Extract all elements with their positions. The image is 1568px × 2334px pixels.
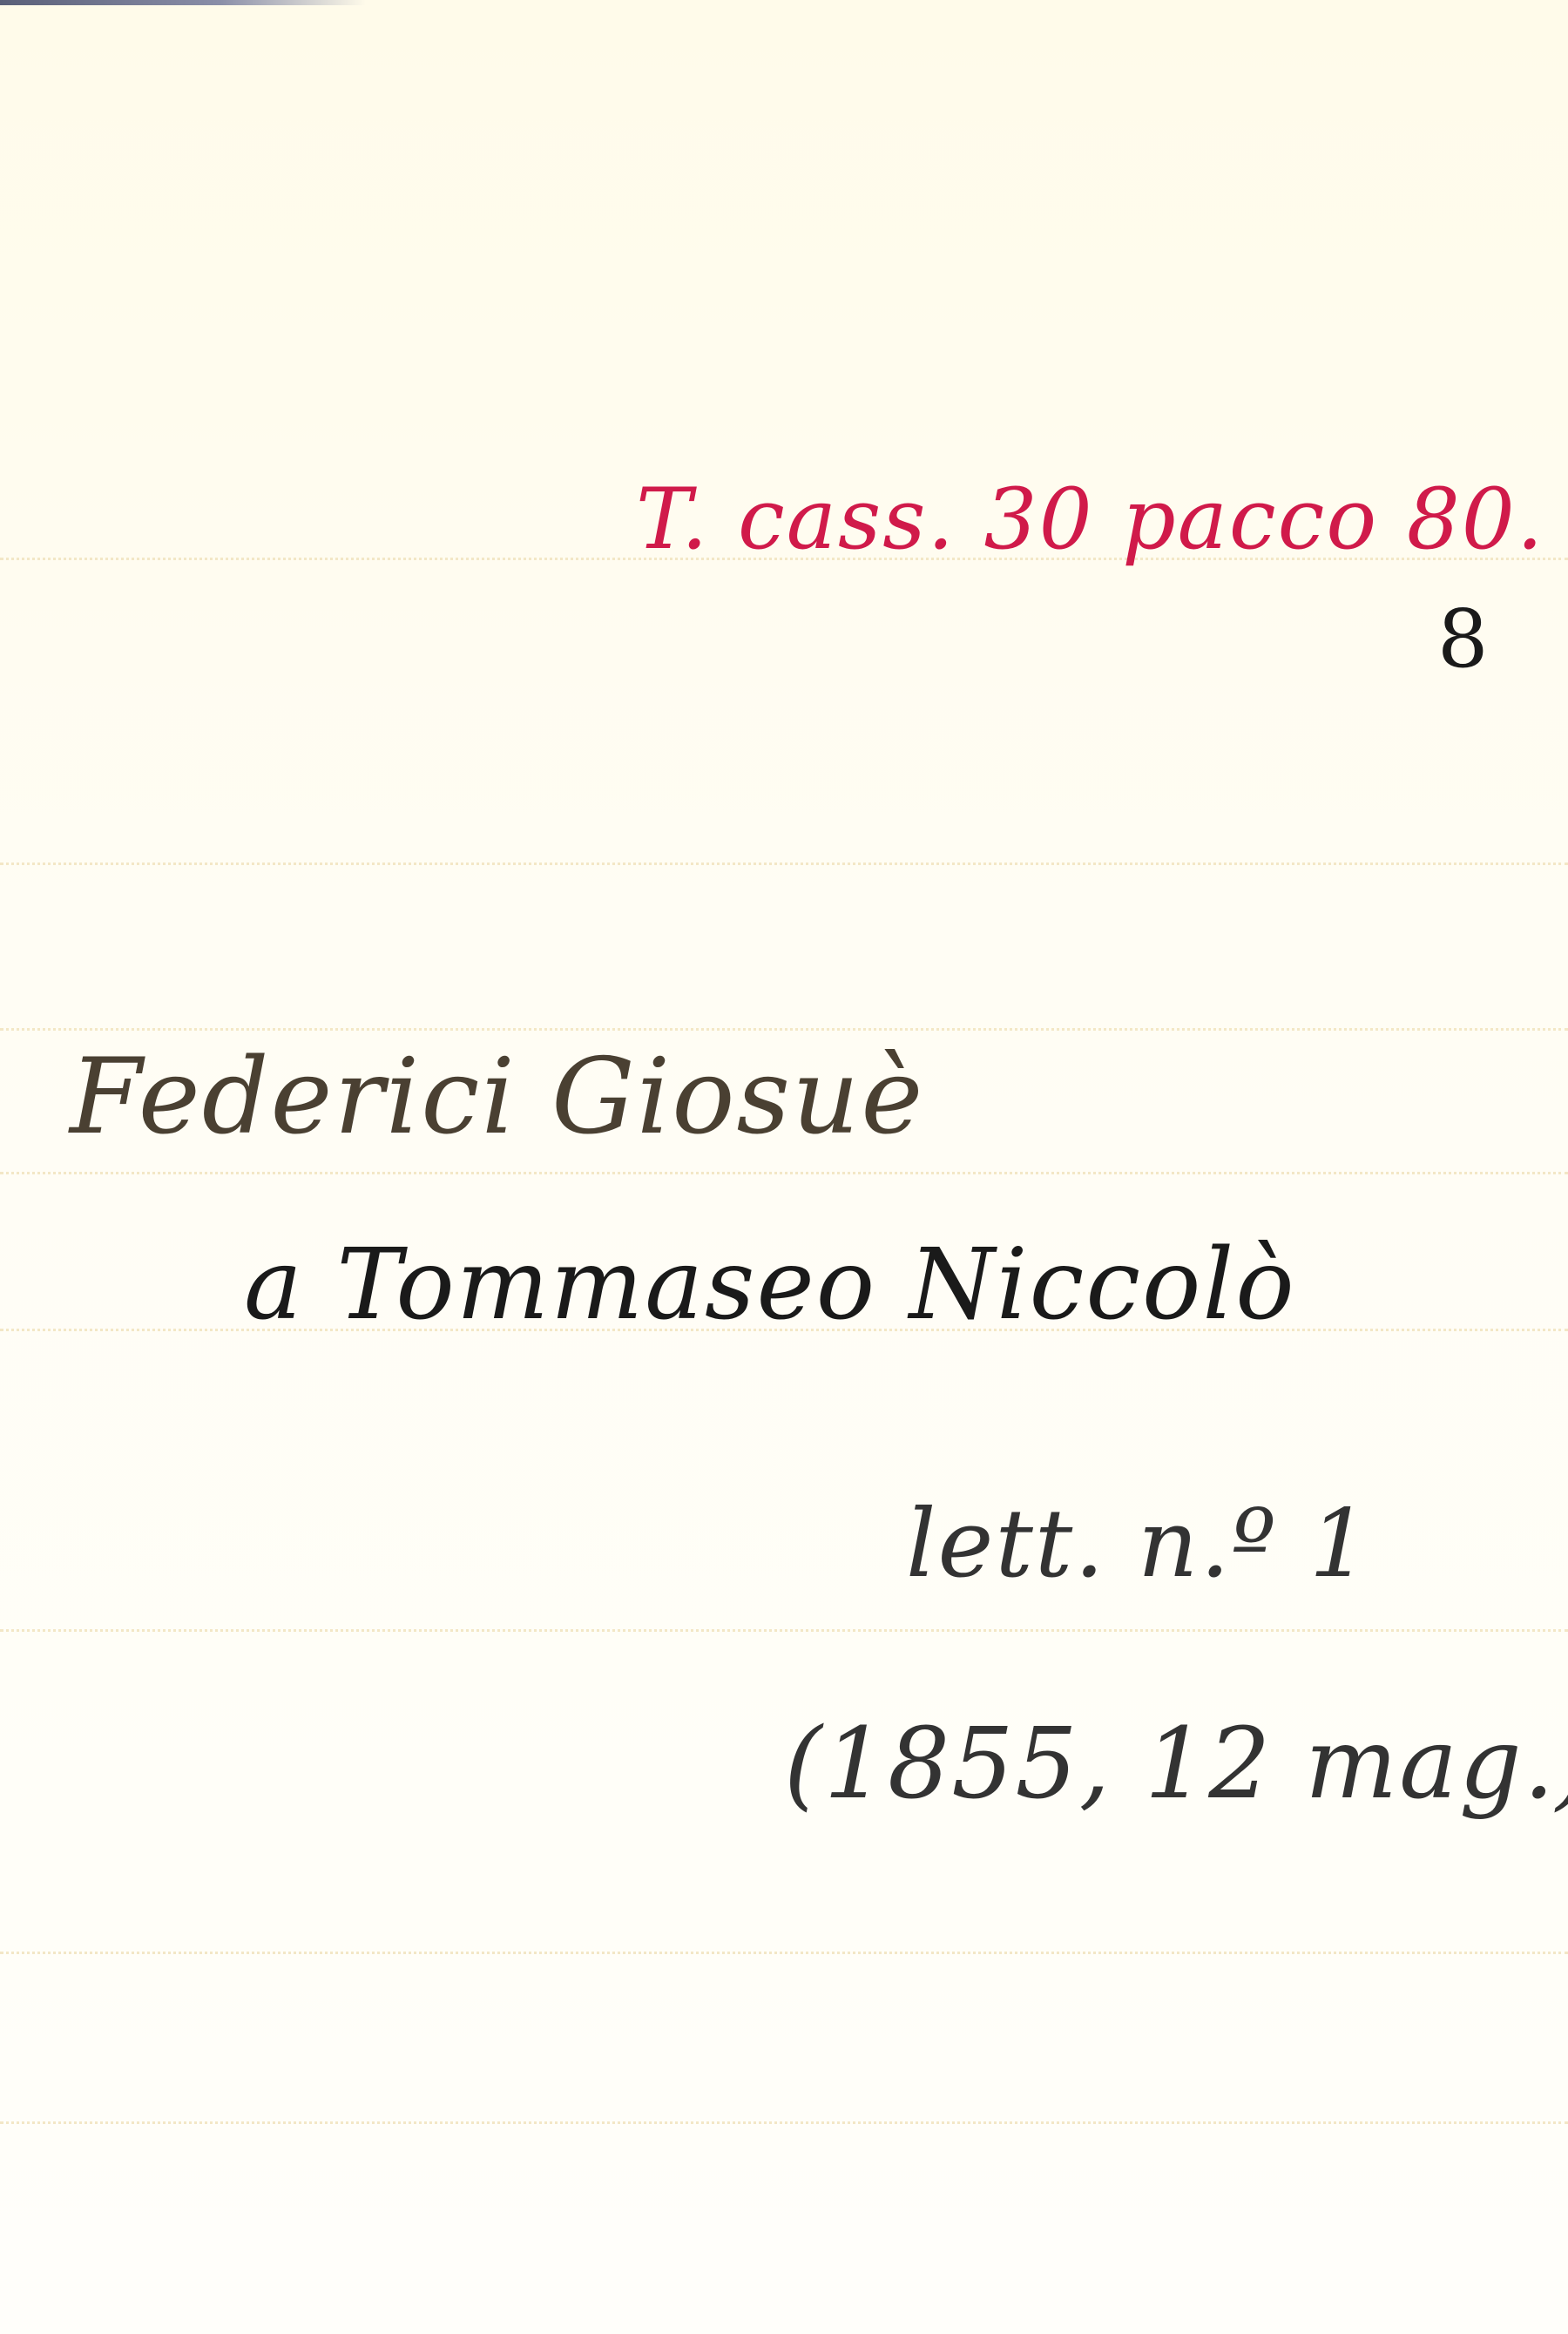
ruled-line [0, 1629, 1568, 1632]
sender-name: Federici Giosuè [70, 1037, 924, 1158]
ruled-line [0, 1172, 1568, 1174]
ruled-line [0, 1028, 1568, 1031]
letter-date: (1855, 12 mag.) [784, 1708, 1568, 1821]
letters-count: lett. n.º 1 [906, 1490, 1371, 1599]
ruled-line [0, 863, 1568, 865]
ruled-line [0, 2121, 1568, 2124]
index-card: T. cass. 30 pacco 80. 8 Federici Giosuè … [0, 0, 1568, 2334]
scan-edge [0, 0, 366, 5]
recipient-name: a Tommaseo Niccolò [244, 1228, 1296, 1342]
folio-number: 8 [1437, 592, 1490, 686]
shelfmark: T. cass. 30 pacco 80. [636, 470, 1544, 568]
ruled-line [0, 1952, 1568, 1954]
